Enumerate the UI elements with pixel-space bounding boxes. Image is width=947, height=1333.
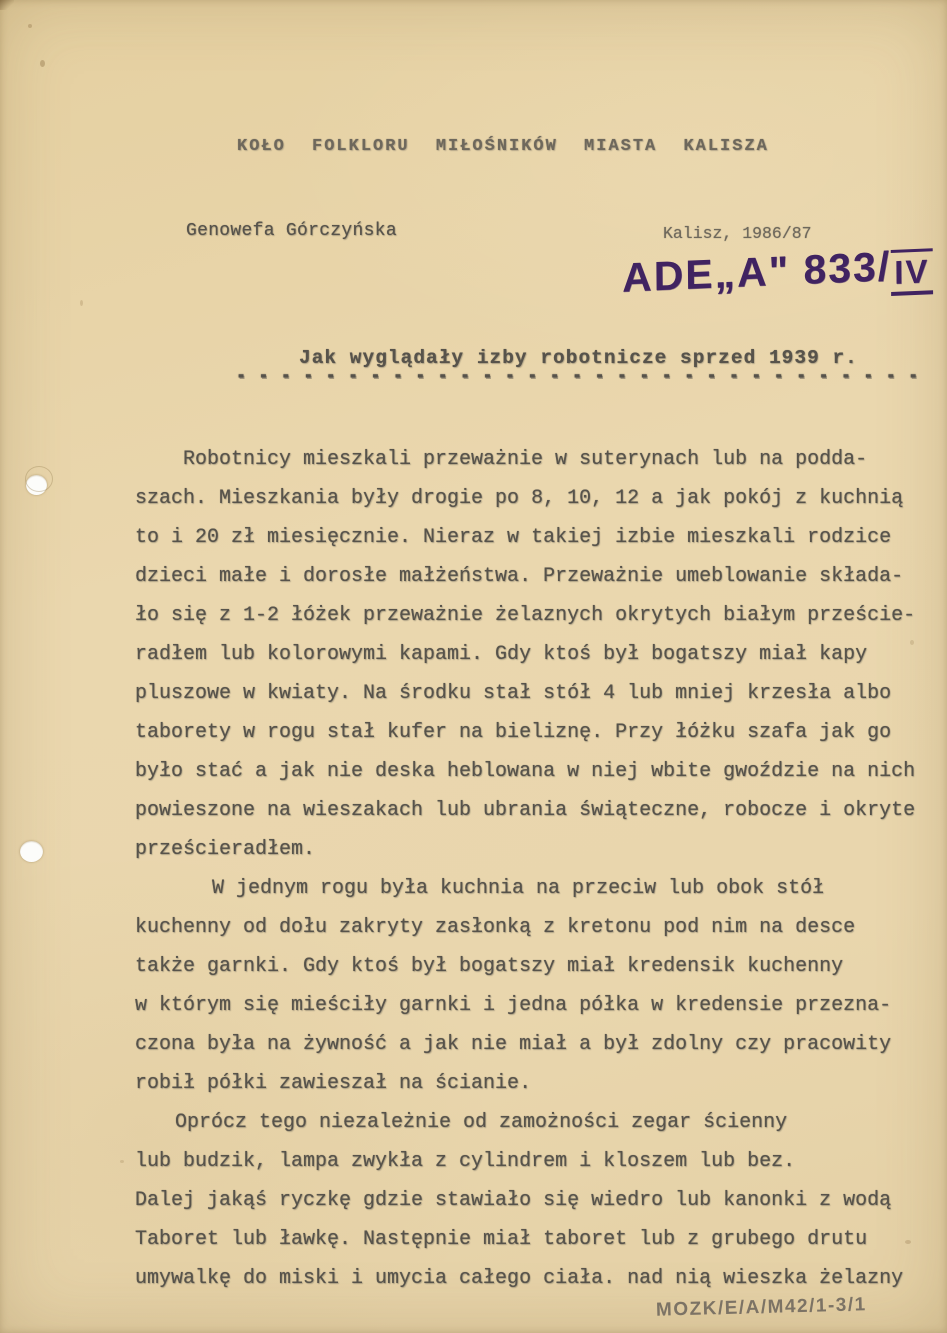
text-line: pluszowe w kwiaty. Na środku stał stół 4… — [135, 674, 947, 713]
text-line: radłem lub kolorowymi kapami. Gdy ktoś b… — [135, 635, 947, 674]
paragraph: W jednym rogu była kuchnia na przeciw lu… — [135, 869, 947, 1103]
text-line: umywalkę do miski i umycia całego ciała.… — [135, 1259, 947, 1298]
punch-hole-top — [26, 475, 47, 495]
paper-stain — [120, 1160, 124, 1163]
author-name: Genowefa Górczyńska — [186, 221, 397, 241]
text-line: Taboret lub ławkę. Następnie miał tabore… — [135, 1220, 947, 1259]
text-line: prześcieradłem. — [135, 830, 947, 869]
text-line: w którym się mieściły garnki i jedna pół… — [135, 986, 947, 1025]
document-body: Robotnicy mieszkali przeważnie w suteryn… — [135, 440, 947, 1298]
text-line: kuchenny od dołu zakryty zasłonką z kret… — [135, 908, 947, 947]
paragraph: Robotnicy mieszkali przeważnie w suteryn… — [135, 440, 947, 869]
text-line: dzieci małe i dorosłe małżeństwa. Przewa… — [135, 557, 947, 596]
organization-header: KOŁO FOLKLORU MIŁOŚNIKÓW MIASTA KALISZA — [237, 137, 769, 156]
text-line: lub budzik, lampa zwykła z cylindrem i k… — [135, 1142, 947, 1181]
text-line: Dalej jakąś ryczkę gdzie stawiało się wi… — [135, 1181, 947, 1220]
text-line: szach. Mieszkania były drogie po 8, 10, … — [135, 479, 947, 518]
text-line: powieszone na wieszakach lub ubrania świ… — [135, 791, 947, 830]
title-underline: - - - - - - - - - - - - - - - - - - - - … — [236, 362, 919, 392]
text-line: Oprócz tego niezależnie od zamożności ze… — [135, 1103, 947, 1142]
text-line: było stać a jak nie deska heblowana w ni… — [135, 752, 947, 791]
text-line: W jednym rogu była kuchnia na przeciw lu… — [135, 869, 947, 908]
place-and-date: Kalisz, 1986/87 — [663, 224, 812, 243]
punch-hole-flap — [25, 466, 53, 492]
text-line: Robotnicy mieszkali przeważnie w suteryn… — [135, 440, 947, 479]
paper-stain — [40, 60, 45, 67]
paper-stain — [28, 24, 32, 28]
scan-corner-shadow — [0, 0, 14, 10]
archive-stamp-prefix: ADE„A" 833/ — [622, 243, 891, 301]
archive-stamp-numeral: IV — [891, 248, 933, 296]
text-line: to i 20 zł miesięcznie. Nieraz w takiej … — [135, 518, 947, 557]
text-line: ło się z 1-2 łóżek przeważnie żelaznych … — [135, 596, 947, 635]
archive-stamp-handwritten: ADE„A" 833/IV — [622, 241, 933, 304]
punch-hole-bottom — [20, 841, 43, 862]
paper-stain — [80, 300, 83, 306]
catalog-number-handwritten: MOZK/E/A/M42/1-3/1 — [656, 1294, 867, 1322]
text-line: także garnki. Gdy ktoś był bogatszy miał… — [135, 947, 947, 986]
paragraph: Oprócz tego niezależnie od zamożności ze… — [135, 1103, 947, 1298]
text-line: robił półki zawieszał na ścianie. — [135, 1064, 947, 1103]
text-line: taborety w rogu stał kufer na bieliznę. … — [135, 713, 947, 752]
text-line: czona była na żywność a jak nie miał a b… — [135, 1025, 947, 1064]
scanned-document-page: KOŁO FOLKLORU MIŁOŚNIKÓW MIASTA KALISZA … — [0, 0, 947, 1333]
